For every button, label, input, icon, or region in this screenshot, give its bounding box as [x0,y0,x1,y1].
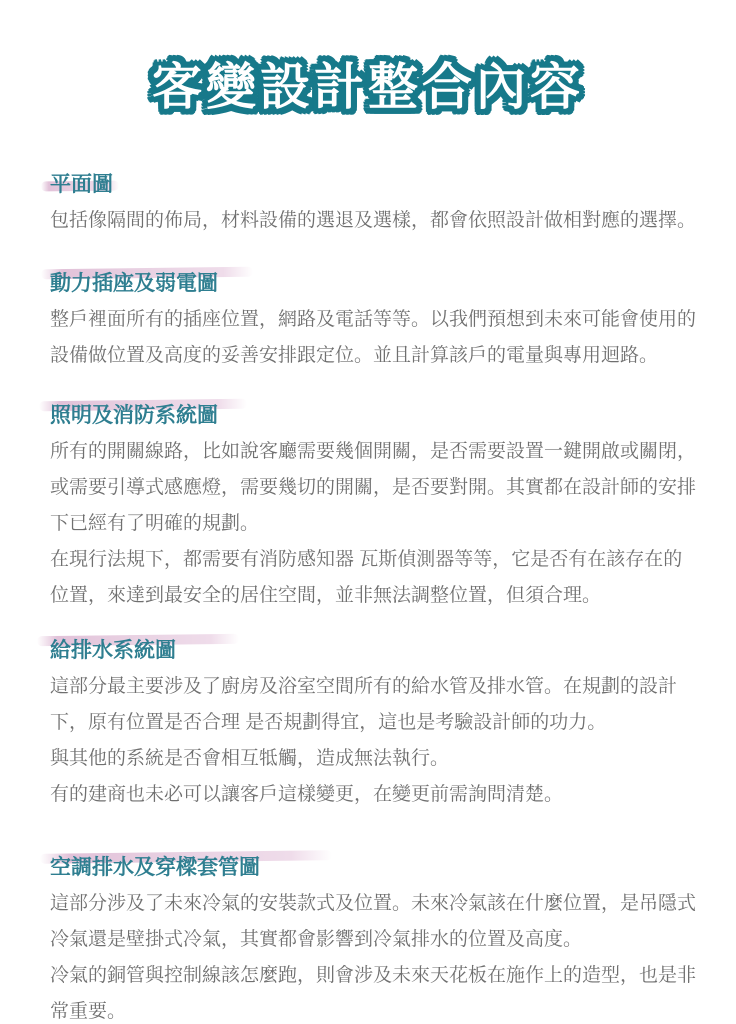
section-heading: 給排水系統圖 [50,636,176,666]
paragraph: 整戶裡面所有的插座位置，網路及電話等等。以我們預想到未來可能會使用的設備做位置及… [50,302,698,374]
paragraph: 這部分涉及了未來冷氣的安裝款式及位置。未來冷氣該在什麼位置，是吊隱式冷氣還是壁掛… [50,886,698,958]
section-power-outlet-weak-current: 動力插座及弱電圖 整戶裡面所有的插座位置，網路及電話等等。以我們預想到未來可能會… [50,269,698,374]
paragraph: 有的建商也未必可以讓客戶這樣變更，在變更前需詢問清楚。 [50,777,698,813]
section-heading-text: 照明及消防系統圖 [50,404,218,427]
section-water-supply-drainage: 給排水系統圖 這部分最主要涉及了廚房及浴室空間所有的給水管及排水管。在規劃的設計… [50,636,698,813]
section-heading: 動力插座及弱電圖 [50,269,218,299]
section-heading-text: 平面圖 [50,173,113,196]
section-heading: 照明及消防系統圖 [50,401,218,431]
section-floor-plan: 平面圖 包括像隔間的佈局，材料設備的選退及選樣，都會依照設計做相對應的選擇。 [50,170,698,239]
section-lighting-fire-system: 照明及消防系統圖 所有的開關線路，比如說客廳需要幾個開關，是否需要設置一鍵開啟或… [50,401,698,614]
paragraph: 冷氣的銅管與控制線該怎麼跑，則會涉及未來天花板在施作上的造型，也是非常重要。 [50,958,698,1024]
page-title: 客變設計整合內容 [0,50,736,124]
section-heading-text: 空調排水及穿樑套管圖 [50,856,260,879]
paragraph: 包括像隔間的佈局，材料設備的選退及選樣，都會依照設計做相對應的選擇。 [50,203,698,239]
section-heading: 空調排水及穿樑套管圖 [50,853,260,883]
paragraph: 這部分最主要涉及了廚房及浴室空間所有的給水管及排水管。在規劃的設計下，原有位置是… [50,669,698,741]
document-page: 客變設計整合內容 平面圖 包括像隔間的佈局，材料設備的選退及選樣，都會依照設計做… [0,0,736,1024]
paragraph: 在現行法規下，都需要有消防感知器 瓦斯偵測器等等，它是否有在該存在的位置，來達到… [50,542,698,614]
section-heading-text: 動力插座及弱電圖 [50,272,218,295]
section-heading-text: 給排水系統圖 [50,639,176,662]
paragraph: 所有的開關線路，比如說客廳需要幾個開關，是否需要設置一鍵開啟或關閉，或需要引導式… [50,434,698,542]
paragraph: 與其他的系統是否會相互牴觸，造成無法執行。 [50,741,698,777]
section-heading: 平面圖 [50,170,113,200]
section-ac-drainage-beam-sleeve: 空調排水及穿樑套管圖 這部分涉及了未來冷氣的安裝款式及位置。未來冷氣該在什麼位置… [50,853,698,1024]
content-area: 平面圖 包括像隔間的佈局，材料設備的選退及選樣，都會依照設計做相對應的選擇。 動… [0,170,736,1024]
